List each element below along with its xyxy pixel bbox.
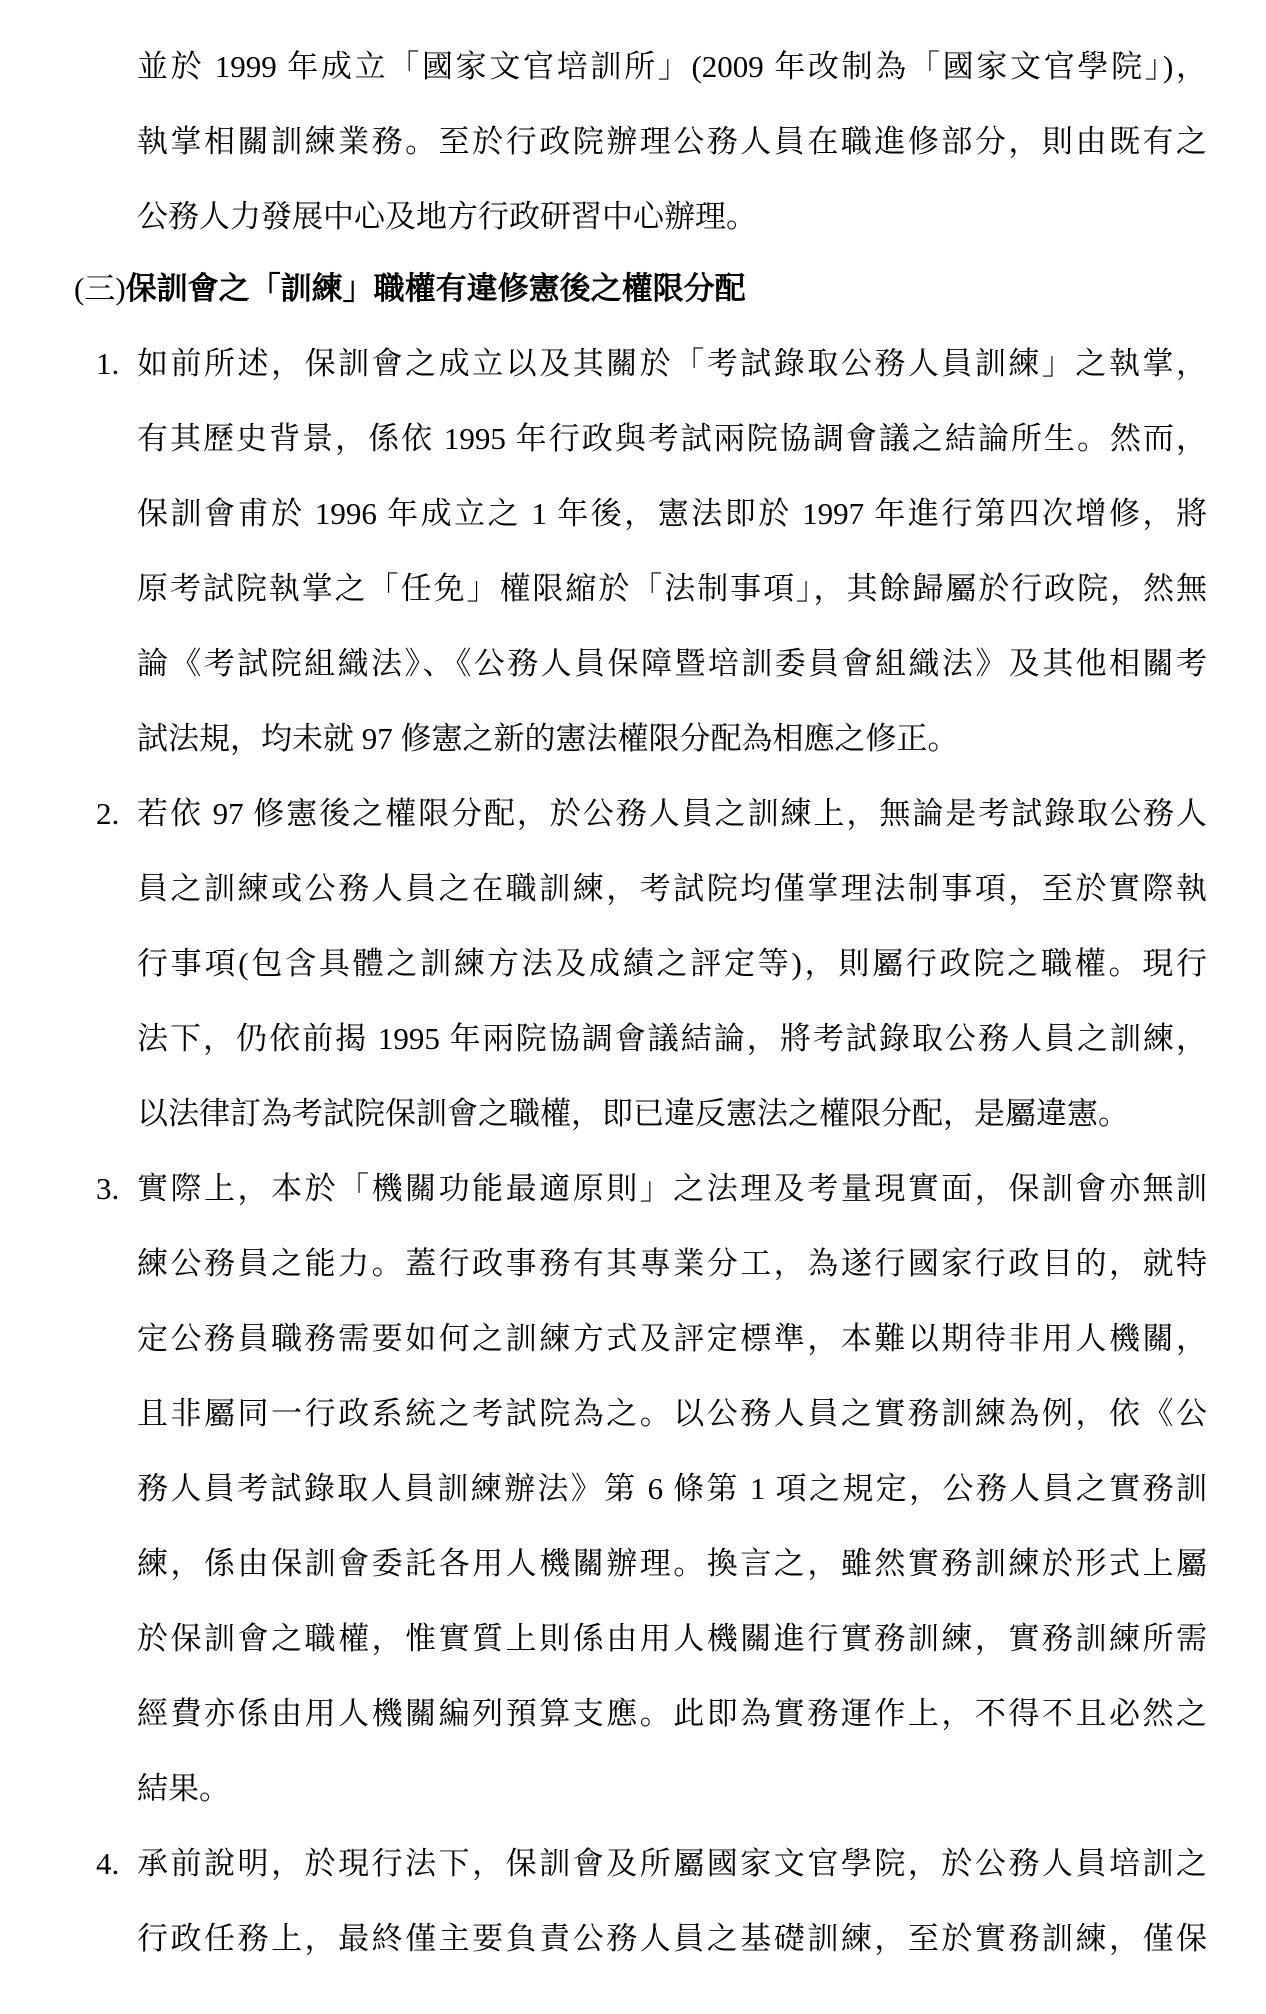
list-item-line: 承前說明，於現行法下，保訓會及所屬國家文官學院，於公務人員培訓之 <box>137 1844 1207 1884</box>
list-item-line: 員之訓練或公務人員之在職訓練，考試院均僅掌理法制事項，至於實際執 <box>137 869 1207 909</box>
list-item-number: 3. <box>96 1169 136 1209</box>
list-item-line: 以法律訂為考試院保訓會之職權，即已違反憲法之權限分配，是屬違憲。 <box>137 1094 1207 1134</box>
list-item-line: 務人員考試錄取人員訓練辦法》第 6 條第 1 項之規定，公務人員之實務訓 <box>137 1469 1207 1509</box>
list-item-line: 原考試院執掌之「任免」權限縮於「法制事項」，其餘歸屬於行政院，然無 <box>137 569 1207 609</box>
intro-line: 公務人力發展中心及地方行政研習中心辦理。 <box>137 197 1207 237</box>
list-item-number: 4. <box>96 1844 136 1884</box>
list-item-line: 如前所述，保訓會之成立以及其關於「考試錄取公務人員訓練」之執掌， <box>137 344 1207 384</box>
intro-line: 執掌相關訓練業務。至於行政院辦理公務人員在職進修部分，則由既有之 <box>137 122 1207 162</box>
list-item-line: 定公務員職務需要如何之訓練方式及評定標準，本難以期待非用人機關， <box>137 1319 1207 1359</box>
list-item-line: 法下，仍依前揭 1995 年兩院協調會議結論，將考試錄取公務人員之訓練， <box>137 1019 1207 1059</box>
section-heading: (三)保訓會之「訓練」職權有違修憲後之權限分配 <box>74 268 746 310</box>
list-item-line: 論《考試院組織法》、《公務人員保障暨培訓委員會組織法》及其他相關考 <box>137 644 1207 684</box>
list-item-line: 於保訓會之職權，惟實質上則係由用人機關進行實務訓練，實務訓練所需 <box>137 1619 1207 1659</box>
list-item-line: 練，係由保訓會委託各用人機關辦理。換言之，雖然實務訓練於形式上屬 <box>137 1544 1207 1584</box>
section-title: 保訓會之「訓練」職權有違修憲後之權限分配 <box>126 271 746 306</box>
list-item-line: 結果。 <box>137 1769 1207 1809</box>
list-item-line: 練公務員之能力。蓋行政事務有其專業分工，為遂行國家行政目的，就特 <box>137 1244 1207 1284</box>
intro-line: 並於 1999 年成立「國家文官培訓所」(2009 年改制為「國家文官學院」)， <box>137 47 1207 87</box>
list-item-line: 經費亦係由用人機關編列預算支應。此即為實務運作上，不得不且必然之 <box>137 1694 1207 1734</box>
list-item-line: 保訓會甫於 1996 年成立之 1 年後，憲法即於 1997 年進行第四次增修，… <box>137 494 1207 534</box>
list-item-line: 行事項(包含具體之訓練方法及成績之評定等)，則屬行政院之職權。現行 <box>137 944 1207 984</box>
list-item-line: 有其歷史背景，係依 1995 年行政與考試兩院協調會議之結論所生。然而， <box>137 419 1207 459</box>
section-number: (三) <box>74 271 126 306</box>
list-item-number: 2. <box>96 794 136 834</box>
document-page: 並於 1999 年成立「國家文官培訓所」(2009 年改制為「國家文官學院」)，… <box>0 0 1266 2014</box>
list-item-line: 試法規，均未就 97 修憲之新的憲法權限分配為相應之修正。 <box>137 719 1207 759</box>
list-item-line: 實際上，本於「機關功能最適原則」之法理及考量現實面，保訓會亦無訓 <box>137 1169 1207 1209</box>
list-item-line: 且非屬同一行政系統之考試院為之。以公務人員之實務訓練為例，依《公 <box>137 1394 1207 1434</box>
list-item-line: 若依 97 修憲後之權限分配，於公務人員之訓練上，無論是考試錄取公務人 <box>137 794 1207 834</box>
list-item-number: 1. <box>96 344 136 384</box>
list-item-line: 行政任務上，最終僅主要負責公務人員之基礎訓練，至於實務訓練，僅保 <box>137 1919 1207 1959</box>
